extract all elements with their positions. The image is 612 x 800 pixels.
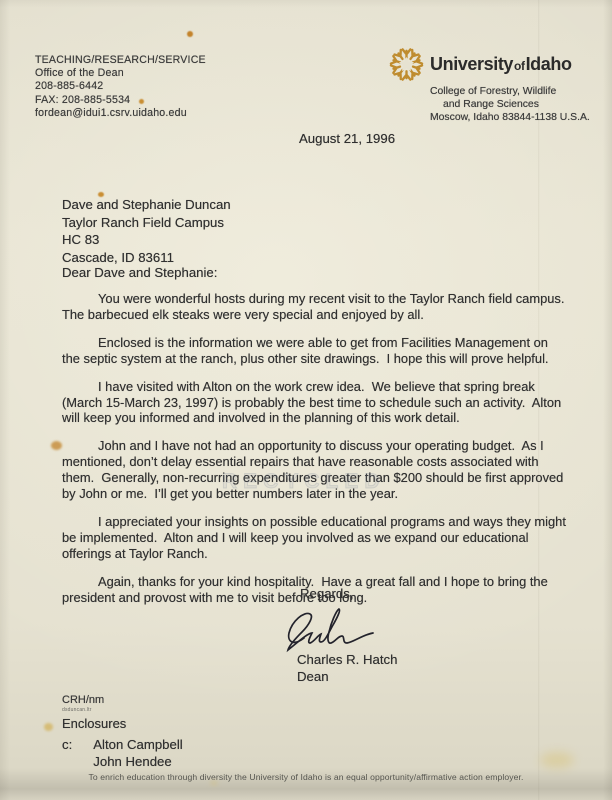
cc-name: John Hendee (93, 754, 182, 771)
recipient-address-line: Taylor Ranch Field Campus (62, 214, 231, 232)
college-city-line: Moscow, Idaho 83844-1138 U.S.A. (430, 112, 596, 125)
letterhead-phone-line: 208-885-6442 (35, 80, 206, 93)
paper-stain (44, 723, 53, 731)
letterhead-contact-block: TEACHING/RESEARCH/SERVICE Office of the … (35, 54, 206, 120)
signer-title: Dean (297, 668, 397, 685)
body-paragraph: I have visited with Alton on the work cr… (62, 379, 568, 427)
letter-body: You were wonderful hosts during my recen… (62, 291, 568, 618)
letterhead-fax-line: FAX: 208-885-5534 (35, 94, 206, 107)
paper-stain (51, 441, 62, 450)
sunburst-logo-icon (386, 44, 427, 85)
body-paragraph: John and I have not had an opportunity t… (62, 438, 568, 502)
signer-name: Charles R. Hatch (297, 651, 397, 668)
body-paragraph: Enclosed is the information we were able… (62, 335, 568, 367)
paper-stain (540, 752, 574, 768)
salutation: Dear Dave and Stephanie: (62, 265, 217, 280)
cc-name: Alton Campbell (93, 737, 182, 754)
file-reference: dsduncan.ltr (62, 707, 126, 713)
scanned-letter-page: TEACHING/RESEARCH/SERVICE Office of the … (0, 0, 612, 800)
body-paragraph: You were wonderful hosts during my recen… (62, 291, 568, 323)
footer-motto: To enrich education through diversity th… (0, 772, 612, 782)
university-name: UniversityofIdaho (430, 54, 572, 75)
enclosures-label: Enclosures (62, 716, 126, 731)
recipient-address-block: Dave and Stephanie Duncan Taylor Ranch F… (62, 196, 231, 266)
college-address-block: College of Forestry, Wildlife and Range … (430, 86, 596, 124)
reference-initials: CRH/nm (62, 694, 126, 706)
college-line: and Range Sciences (430, 99, 596, 112)
cc-label: c: (62, 737, 72, 770)
recipient-address-line: Cascade, ID 83611 (62, 249, 231, 267)
closing: Regards, (300, 586, 354, 601)
reference-block: CRH/nm dsduncan.ltr Enclosures (62, 694, 126, 731)
letterhead-office-line: Office of the Dean (35, 67, 206, 80)
cc-block: c: Alton Campbell John Hendee (62, 737, 183, 770)
letterhead-brand-block: UniversityofIdaho College of Forestry, W… (386, 44, 596, 124)
letterhead-email-line: fordean@idui1.csrv.uidaho.edu (35, 107, 206, 120)
recipient-name: Dave and Stephanie Duncan (62, 196, 231, 214)
paper-stain (187, 31, 193, 37)
recipient-address-line: HC 83 (62, 231, 231, 249)
college-line: College of Forestry, Wildlife (430, 86, 596, 99)
letterhead-unit-line: TEACHING/RESEARCH/SERVICE (35, 54, 206, 67)
signer-block: Charles R. Hatch Dean (297, 651, 397, 685)
letter-date: August 21, 1996 (299, 131, 395, 146)
body-paragraph: I appreciated your insights on possible … (62, 514, 568, 562)
